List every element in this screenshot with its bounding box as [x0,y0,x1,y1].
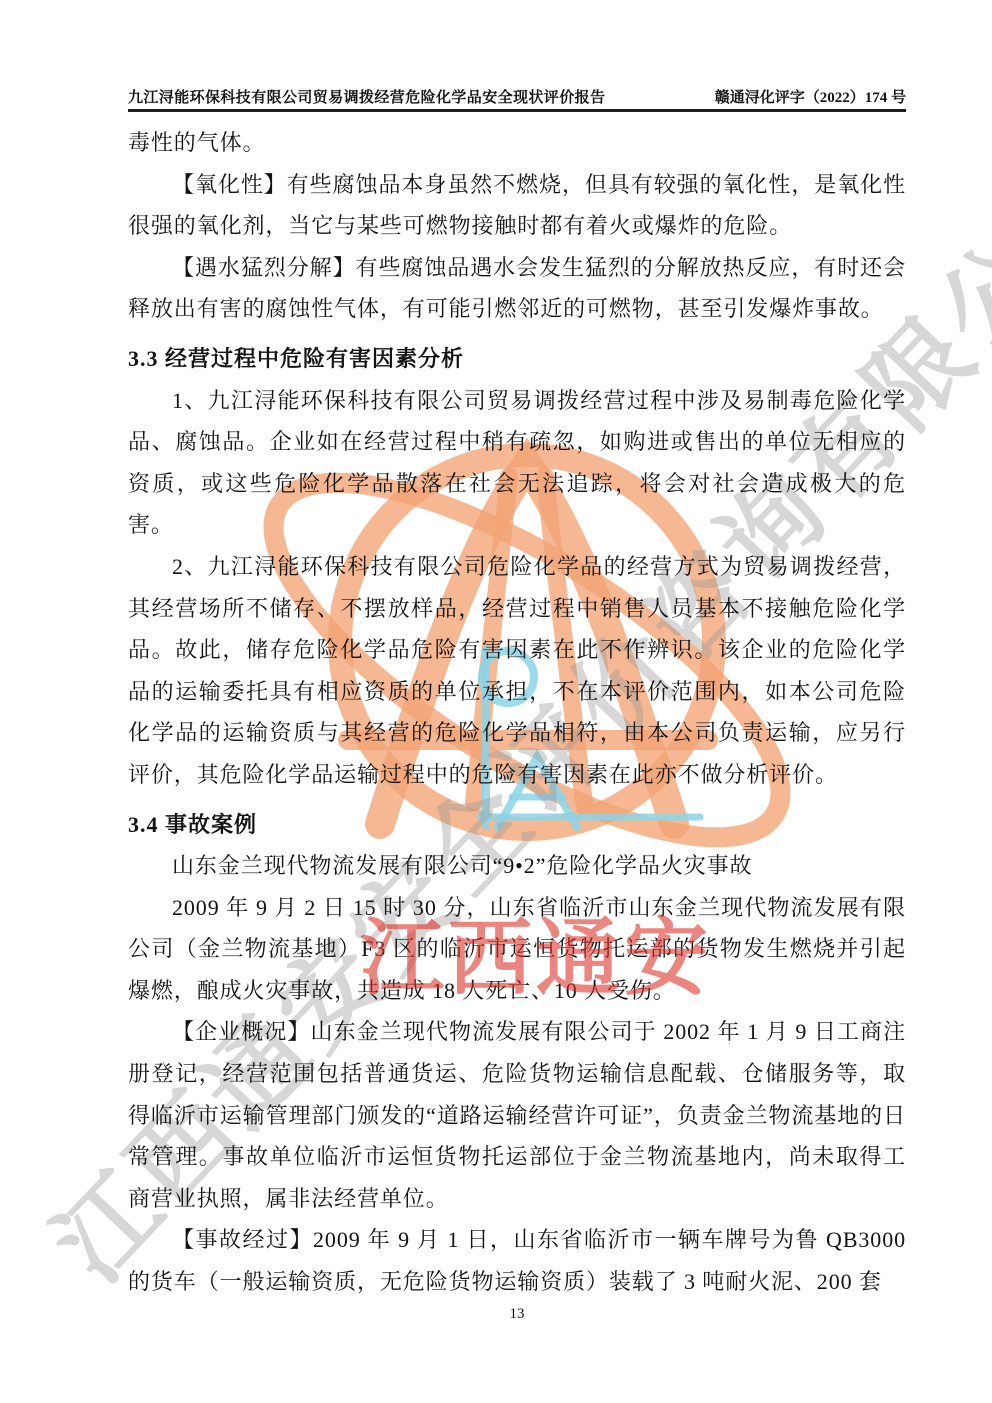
section-heading: 3.3 经营过程中危险有害因素分析 [128,338,906,380]
red-watermark-text: 江西通安 [360,912,712,1004]
body-paragraph: 2、九江浔能环保科技有限公司危险化学品的经营方式为贸易调拨经营，其经营场所不储存… [128,546,906,796]
header-report-title: 九江浔能环保科技有限公司贸易调拨经营危险化学品安全现状评价报告 [128,86,605,107]
body-paragraph: 山东金兰现代物流发展有限公司“9•2”危险化学品火灾事故 [128,845,906,887]
body-paragraph: 【事故经过】2009 年 9 月 1 日，山东省临沂市一辆车牌号为鲁 QB300… [128,1219,906,1302]
body-paragraph: 【氧化性】有些腐蚀品本身虽然不燃烧，但具有较强的氧化性，是氧化性很强的氧化剂，当… [128,164,906,247]
body-paragraph: 1、九江浔能环保科技有限公司贸易调拨经营过程中涉及易制毒危险化学品、腐蚀品。企业… [128,380,906,546]
body-paragraph: 毒性的气体。 [128,122,906,164]
body-paragraph: 【企业概况】山东金兰现代物流发展有限公司于 2002 年 1 月 9 日工商注册… [128,1011,906,1219]
section-heading: 3.4 事故案例 [128,804,906,846]
report-page: 江西通安安全评价咨询有限公司 九江浔能环保科技有限公司贸易调拨经营危险化学品安全… [0,0,992,1403]
body-paragraph: 【遇水猛烈分解】有些腐蚀品遇水会发生猛烈的分解放热反应，有时还会释放出有害的腐蚀… [128,247,906,330]
header-doc-number: 赣通浔化评字（2022）174 号 [715,86,906,107]
document-body: 毒性的气体。【氧化性】有些腐蚀品本身虽然不燃烧，但具有较强的氧化性，是氧化性很强… [128,122,906,1303]
header-rule [128,109,906,112]
page-number: 13 [128,1306,906,1323]
